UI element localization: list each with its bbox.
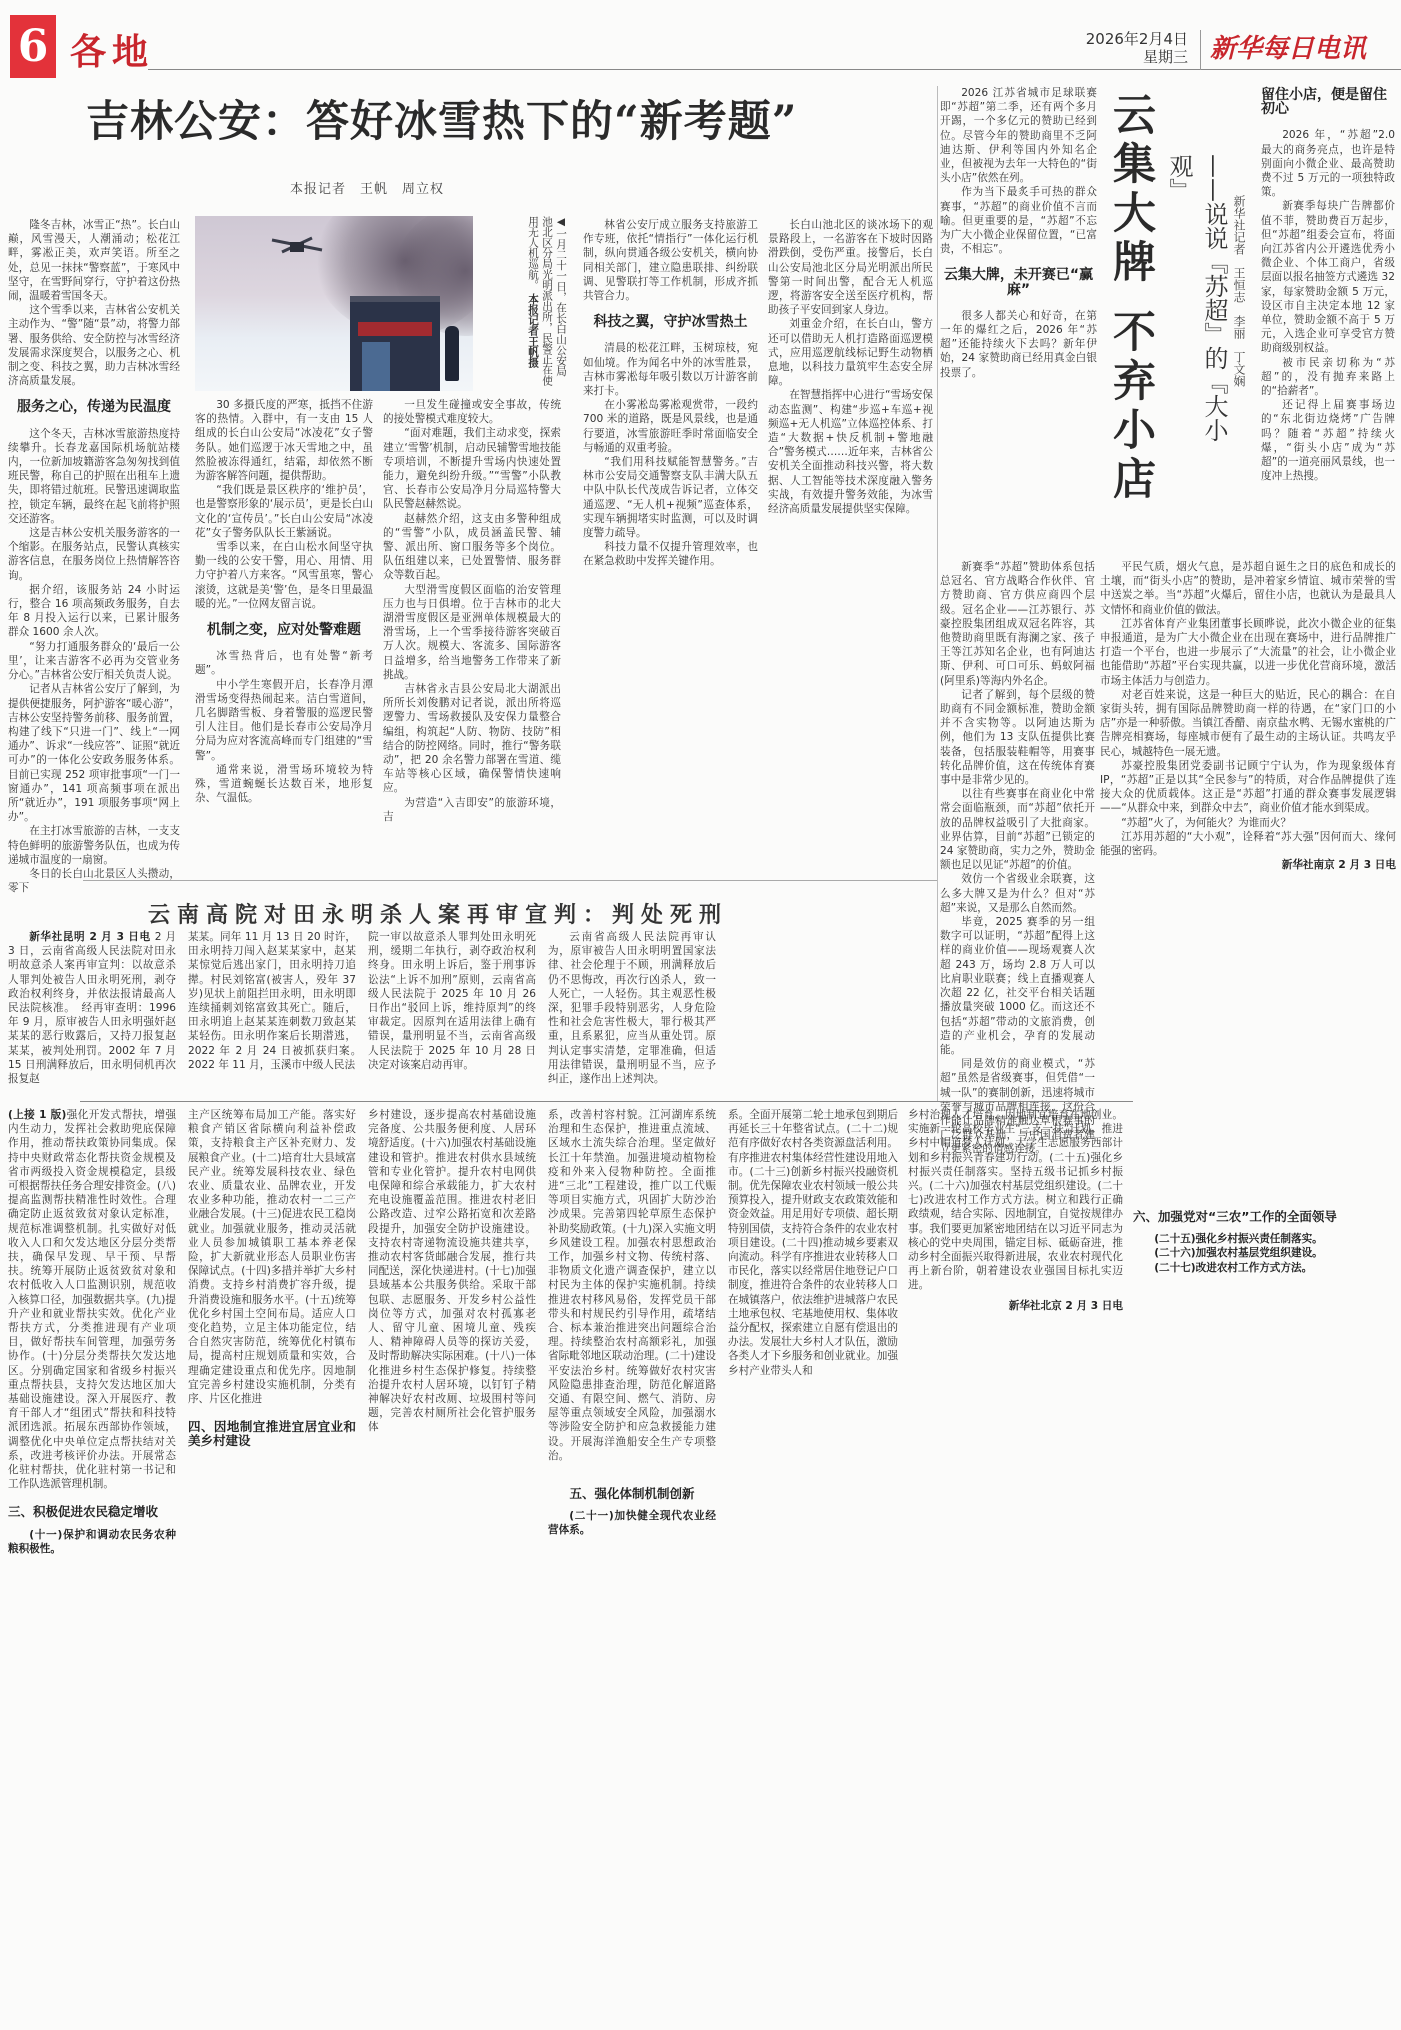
yunnan-headline[interactable]: 云南高院对田永明杀人案再审宣判：判处死刑 (148, 898, 728, 929)
policy-dateline: 新华社北京 2 月 3 日电 (908, 1299, 1123, 1313)
paragraph: 记者从吉林省公安厅了解到，为提供便捷服务，阿护游客“暖心游”，吉林公安坚持警务前… (8, 682, 180, 824)
policy-section-head-3: 三、积极促进农民稳定增收 (8, 1505, 176, 1519)
weekday-text: 星期三 (1010, 48, 1188, 66)
paragraph: 隆冬吉林，冰雪正“热”。长白山巅，风雪漫天，人潮涌动；松花江畔，雾凇正美，欢声笑… (8, 218, 180, 303)
paragraph: “面对难题，我们主动求变，探索建立‘雪警’机制，启动民辅警雪地技能专项培训，不断… (383, 426, 561, 511)
paragraph: 30 多摄氏度的严寒，抵挡不住游客的热情。入群中，有一支由 15 人组成的长白山… (195, 398, 373, 483)
jilin-column-1: 隆冬吉林，冰雪正“热”。长白山巅，风雪漫天，人潮涌动；松花江畔，雾凇正美，欢声笑… (8, 218, 180, 895)
paragraph: 据介绍，该服务站 24 小时运行，整合 16 项高频政务服务，自去年 8 月投入… (8, 583, 180, 640)
photo-caption: ◀一月二十一日，在长白山公安局池北区分局光明派出所，民警正在使用无人机巡航。 本… (482, 216, 568, 386)
paragraph: 中小学生寒假开启，长春净月潭滑雪场变得热闹起来。洁白雪道间，几名脚踏雪板、身着警… (195, 678, 373, 763)
policy-column-4: 系，改善村容村貌。江河湖库系统治理和生态保护，推进重点流域、区域水土流失综合治理… (548, 1108, 716, 1538)
paragraph: 还记得上届赛事场边的“东北街边烧烤”广告牌吗？随着“苏超”持续火爆，“街头小店”… (1261, 398, 1395, 483)
paragraph: 某某。同年 11 月 13 日 20 时许，田永明持刀闯入赵某某家中，赵某某惊觉… (188, 930, 356, 1072)
policy-column-5: 系。全面开展第二轮土地承包到期后再延长三十年整省试点。(二十二)规范有序做好农村… (728, 1108, 898, 1378)
yunnan-column-2: 某某。同年 11 月 13 日 20 时许，田永明持刀闯入赵某某家中，赵某某惊觉… (188, 930, 356, 1072)
jilin-subhead-2: 机制之变，应对处警难题 (195, 623, 373, 637)
jilin-column-4: 林省公安厅成立服务支持旅游工作专班，依托“情指行”一体化运行机制，纵向贯通各级公… (583, 218, 758, 569)
paragraph: 冰雪热背后，也有处警“新考题”。 (195, 649, 373, 677)
suchao-column-2: 新赛季“苏超”赞助体系包括总冠名、官方战略合作伙伴、官方赞助商、官方供应商四个层… (940, 560, 1095, 1157)
paragraph: 在小雾凇岛雾凇观赏带，一段约 700 米的道路，既是风景线，也是通行要道，冰雪旅… (583, 398, 758, 455)
paragraph: 大型滑雪度假区面临的治安管理压力也与日俱增。位于吉林市的北大湖滑雪度假区是亚洲单… (383, 583, 561, 682)
paragraph: 为营造“入吉即安”的旅游环境，吉 (383, 796, 561, 824)
suchao-headline[interactable]: 云集大牌 不弃小店 (1101, 92, 1162, 512)
policy-column-2: 主产区统筹布局加工产能。落实好粮食产销区省际横向利益补偿政策，支持粮食主产区补充… (188, 1108, 356, 1457)
column-divider (937, 86, 938, 1101)
policy-section-head-4: 四、因地制宜推进宜居宜业和美乡村建设 (188, 1420, 356, 1448)
header-divider (1200, 30, 1201, 70)
jilin-subhead-3: 科技之翼，守护冰雪热土 (583, 315, 758, 329)
policy-section-head-6: 六、加强党对“三农”工作的全面领导 (1133, 1210, 1395, 1224)
paragraph: “苏超”火了，为何能火？为谁而火？ (1100, 816, 1396, 830)
masthead-logo: 新华每日电讯 (1210, 28, 1366, 65)
suchao-subhead-2: 留住小店，便是留住初心 (1261, 88, 1395, 116)
jilin-column-3: 一旦发生碰撞或安全事故，传统的接处警模式难度较大。 “面对难题，我们主动求变，探… (383, 398, 561, 824)
paragraph: 主产区统筹布局加工产能。落实好粮食产销区省际横向利益补偿政策，支持粮食主产区补充… (188, 1108, 356, 1406)
policy-item-head: (十一)保护和调动农民务农种粮积极性。 (8, 1528, 176, 1556)
paragraph: 系，改善村容村貌。江河湖库系统治理和生态保护，推进重点流域、区域水土流失综合治理… (548, 1108, 716, 1463)
jilin-column-2: 30 多摄氏度的严寒，抵挡不住游客的热情。入群中，有一支由 15 人组成的长白山… (195, 398, 373, 805)
paragraph: 科技力量不仅提升管理效率，也在紧急救助中发挥关键作用。 (583, 540, 758, 568)
paragraph: 2026 年，“苏超”2.0 最大的商务亮点，也许是特别面向小微企业、最高赞助费… (1261, 128, 1395, 199)
paragraph: 对老百姓来说，这是一种巨大的贴近，民心的耦合：在自家街头转，拥有国际品牌赞助商一… (1100, 688, 1396, 759)
policy-column-6: 乡村治理人才培育，因地制宜培育在地创业。实施新一轮高校毕业生“三支一扶”计划。推… (908, 1108, 1123, 1313)
paragraph: 以往有些赛事在商业化中常常会面临瓶颈，而“苏超”依托开放的品牌权益吸引了大批商家… (940, 787, 1095, 872)
police-officer (445, 326, 459, 381)
yunnan-column-4: 云南省高级人民法院再审认为，原审被告人田永明明置国家法律、社会伦理于不顾，刑满释… (548, 930, 716, 1086)
paragraph: 赵赫然介绍，这支由多警种组成的“雪警”小队，成员涵盖民警、辅警、派出所、窗口服务… (383, 512, 561, 583)
continued-from-label: (上接 1 版) (8, 1109, 66, 1121)
paragraph: 效仿一个省级业余联赛，这么多大牌又是为什么？但对“苏超”来说，又是那么自然而然。 (940, 872, 1095, 915)
policy-section-head-5: 五、强化体制机制创新 (548, 1487, 716, 1501)
drone-icon (270, 236, 324, 258)
paragraph: 在主打冰雪旅游的吉林，一支支特色鲜明的旅游警务队伍，也成为传递城市温度的一扇窗。 (8, 824, 180, 867)
paragraph: “努力打通服务群众的‘最后一公里’，让来吉游客不必再为交管业务分心。”吉林省公安… (8, 640, 180, 683)
paragraph: 在智慧指挥中心进行“雪场安保动态监测”、构建“步巡+车巡+视频巡+无人机巡”立体… (768, 388, 933, 516)
paragraph: 毕竟，2025 赛季的另一组数字可以证明，“苏超”配得上这样的商业价值——现场观… (940, 915, 1095, 1057)
suchao-dateline: 新华社南京 2 月 3 日电 (1100, 858, 1396, 872)
suchao-lead-column: 2026 江苏省城市足球联赛即“苏超”第二季，还有两个多月开踢，一个多亿元的赞助… (940, 86, 1097, 380)
paragraph: 一旦发生碰撞或安全事故，传统的接处警模式难度较大。 (383, 398, 561, 426)
suchao-subhead-1: 云集大牌，未开赛已“赢麻” (940, 268, 1097, 296)
paragraph: “我们用科技赋能智慧警务。”吉林市公安局交通警察支队丰满大队五中队中队长代茂成告… (583, 455, 758, 540)
suchao-column-3: 平民气质，烟火气息，是苏超自诞生之日的底色和成长的土壤，而“街头小店”的赞助，是… (1100, 560, 1396, 872)
yunnan-dateline: 新华社昆明 2 月 3 日电 (29, 931, 151, 943)
yunnan-column-3: 院一审以故意杀人罪判处田永明死刑，缓期二年执行，剥夺政治权利终身。田永明上诉后，… (368, 930, 536, 1072)
paragraph: 乡村治理人才培育，因地制宜培育在地创业。实施新一轮高校毕业生“三支一扶”计划。推… (908, 1108, 1123, 1293)
jilin-column-5: 长白山池北区的谈冰场下的观景路段上，一名游客在下坡时因路滑跌倒，受伤严重。接警后… (768, 218, 933, 516)
paragraph: 很多人都关心和好奇，在第一年的爆红之后，2026 年“苏超”还能持续火下去吗？新… (940, 309, 1097, 380)
paragraph: 院一审以故意杀人罪判处田永明死刑，缓期二年执行，剥夺政治权利终身。田永明上诉后，… (368, 930, 536, 1072)
photo-credit: 本报记者王帆摄 (527, 294, 539, 368)
jilin-headline[interactable]: 吉林公安：答好冰雪热下的“新考题” (86, 88, 797, 149)
paragraph: 云南省高级人民法院再审认为，原审被告人田永明明置国家法律、社会伦理于不顾，刑满释… (548, 930, 716, 1086)
paragraph: 强化开发式帮扶，增强内生动力，发挥社会救助兜底保障作用，推动帮扶政策协同集成。保… (8, 1109, 176, 1490)
paragraph: 这个雪季以来，吉林省公安机关主动作为、“警”随“景”动，将警力部署、服务供给、安… (8, 303, 180, 388)
paragraph: 作为当下最炙手可热的群众赛事，“苏超”的商业价值不言而喻。但更重要的是，“苏超”… (940, 185, 1097, 256)
policy-item-head: (二十五)强化乡村振兴责任制落实。 (1133, 1232, 1395, 1246)
paragraph: 清晨的松花江畔，玉树琼枝，宛如仙境。作为闻名中外的冰雪胜景，吉林市雾凇每年吸引数… (583, 341, 758, 398)
paragraph: 这是吉林公安机关服务游客的一个缩影。在服务站点，民警认真核实游客信息，在服务岗位… (8, 526, 180, 583)
date-text: 2026年2月4日 (1010, 30, 1188, 48)
paragraph: 刘重金介绍，在长白山，警方还可以借助无人机打造路面巡逻模式，应用巡逻航线标记野生… (768, 317, 933, 388)
policy-item-head: (二十七)改进农村工作方式方法。 (1133, 1261, 1395, 1275)
policy-item-head: (二十一)加快健全现代农业经营体系。 (548, 1509, 716, 1537)
policy-column-3: 乡村建设，逐步提高农村基础设施完备度、公共服务便利度、人居环境舒适度。(十六)加… (368, 1108, 536, 1435)
paragraph: 林省公安厅成立服务支持旅游工作专班，依托“情指行”一体化运行机制，纵向贯通各级公… (583, 218, 758, 303)
police-booth (350, 296, 440, 391)
paragraph: 被市民亲切称为“苏超”的，没有抛弃来路上的“拾薪者”。 (1261, 356, 1395, 399)
paragraph: 系。全面开展第二轮土地承包到期后再延长三十年整省试点。(二十二)规范有序做好农村… (728, 1108, 898, 1378)
paragraph: 记者了解到，每个层级的赞助商有不同金额标准，赞助金额并不含实物等。以阿迪达斯为例… (940, 688, 1095, 787)
booth-door (362, 342, 390, 391)
paragraph: 江苏用苏超的“大小观”，诠释着“苏大强”因何而大、缘何能强的密码。 (1100, 830, 1396, 858)
news-photo-drone-patrol[interactable] (195, 216, 473, 391)
issue-date: 2026年2月4日 星期三 (1010, 30, 1188, 66)
jilin-byline: 本报记者 王帆 周立权 (290, 178, 444, 197)
suchao-right-column: 留住小店，便是留住初心 2026 年，“苏超”2.0 最大的商务亮点，也许是特别… (1261, 86, 1395, 483)
paragraph: “我们既是景区秩序的‘维护员’，也是警察形象的‘展示员’，更是长白山文化的‘宣传… (195, 483, 373, 540)
paragraph: 通常来说，滑雪场环境较为特殊，雪道蜿蜒长达数百米，地形复杂、气温低。 (195, 763, 373, 806)
policy-column-7: 六、加强党对“三农”工作的全面领导 (二十五)强化乡村振兴责任制落实。 (二十六… (1133, 1200, 1395, 1275)
suchao-byline: 新华社记者 王恒志 李丽 丁文娴 (1230, 195, 1248, 395)
article-divider (83, 880, 938, 881)
paragraph: 冬日的长白山北景区人头攒动，零下 (8, 867, 180, 895)
section-title: 各地 (70, 24, 154, 75)
paragraph: 2 月 3 日，云南省高级人民法院对田永明故意杀人案再审宣判：以故意杀人罪判处被… (8, 931, 176, 1085)
paragraph: 2026 江苏省城市足球联赛即“苏超”第二季，还有两个多月开踢，一个多亿元的赞助… (940, 86, 1097, 185)
policy-item-head: (二十六)加强农村基层党组织建设。 (1133, 1246, 1395, 1260)
policy-column-1: (上接 1 版)强化开发式帮扶，增强内生动力，发挥社会救助兜底保障作用，推动帮扶… (8, 1108, 176, 1556)
header-rule (148, 69, 1401, 70)
paragraph: 吉林省永吉县公安局北大湖派出所所长刘俊鹏对记者说，派出所将巡逻警力、雪场救援队及… (383, 682, 561, 796)
paragraph: 平民气质，烟火气息，是苏超自诞生之日的底色和成长的土壤，而“街头小店”的赞助，是… (1100, 560, 1396, 617)
paragraph: 长白山池北区的谈冰场下的观景路段上，一名游客在下坡时因路滑跌倒，受伤严重。接警后… (768, 218, 933, 317)
paragraph: 苏豪控股集团党委副书记顾宁宁认为，作为现象级体育 IP，“苏超”正是以其“全民参… (1100, 759, 1396, 816)
paragraph: 新赛季“苏超”赞助体系包括总冠名、官方战略合作伙伴、官方赞助商、官方供应商四个层… (940, 560, 1095, 688)
yunnan-column-1: 新华社昆明 2 月 3 日电 2 月 3 日，云南省高级人民法院对田永明故意杀人… (8, 930, 176, 1086)
booth-sign (358, 322, 432, 336)
suchao-subtitle: ——说说『苏超』的『大小观』 (1162, 154, 1232, 454)
paragraph: 新赛季每块广告牌都价值不菲，赞助费百万起步，但“苏超”组委会宣布，将面向江苏省内… (1261, 199, 1395, 355)
jilin-subhead-1: 服务之心，传递为民温度 (8, 400, 180, 414)
paragraph: 乡村建设，逐步提高农村基础设施完备度、公共服务便利度、人居环境舒适度。(十六)加… (368, 1108, 536, 1435)
page-number-badge: 6 (10, 15, 56, 78)
paragraph: 雪季以来，在白山松水间坚守执勤一线的公安干警，用心、用情、用力守护着八方来客。“… (195, 540, 373, 611)
paragraph: 这个冬天，吉林冰雪旅游热度持续攀升。长春龙嘉国际机场航站楼内，一位新加坡籍游客急… (8, 427, 180, 526)
article-divider (80, 1101, 1133, 1102)
paragraph: 江苏省体育产业集团董事长顾晔说，此次小微企业的征集申报通道，是为广大小微企业在出… (1100, 617, 1396, 688)
